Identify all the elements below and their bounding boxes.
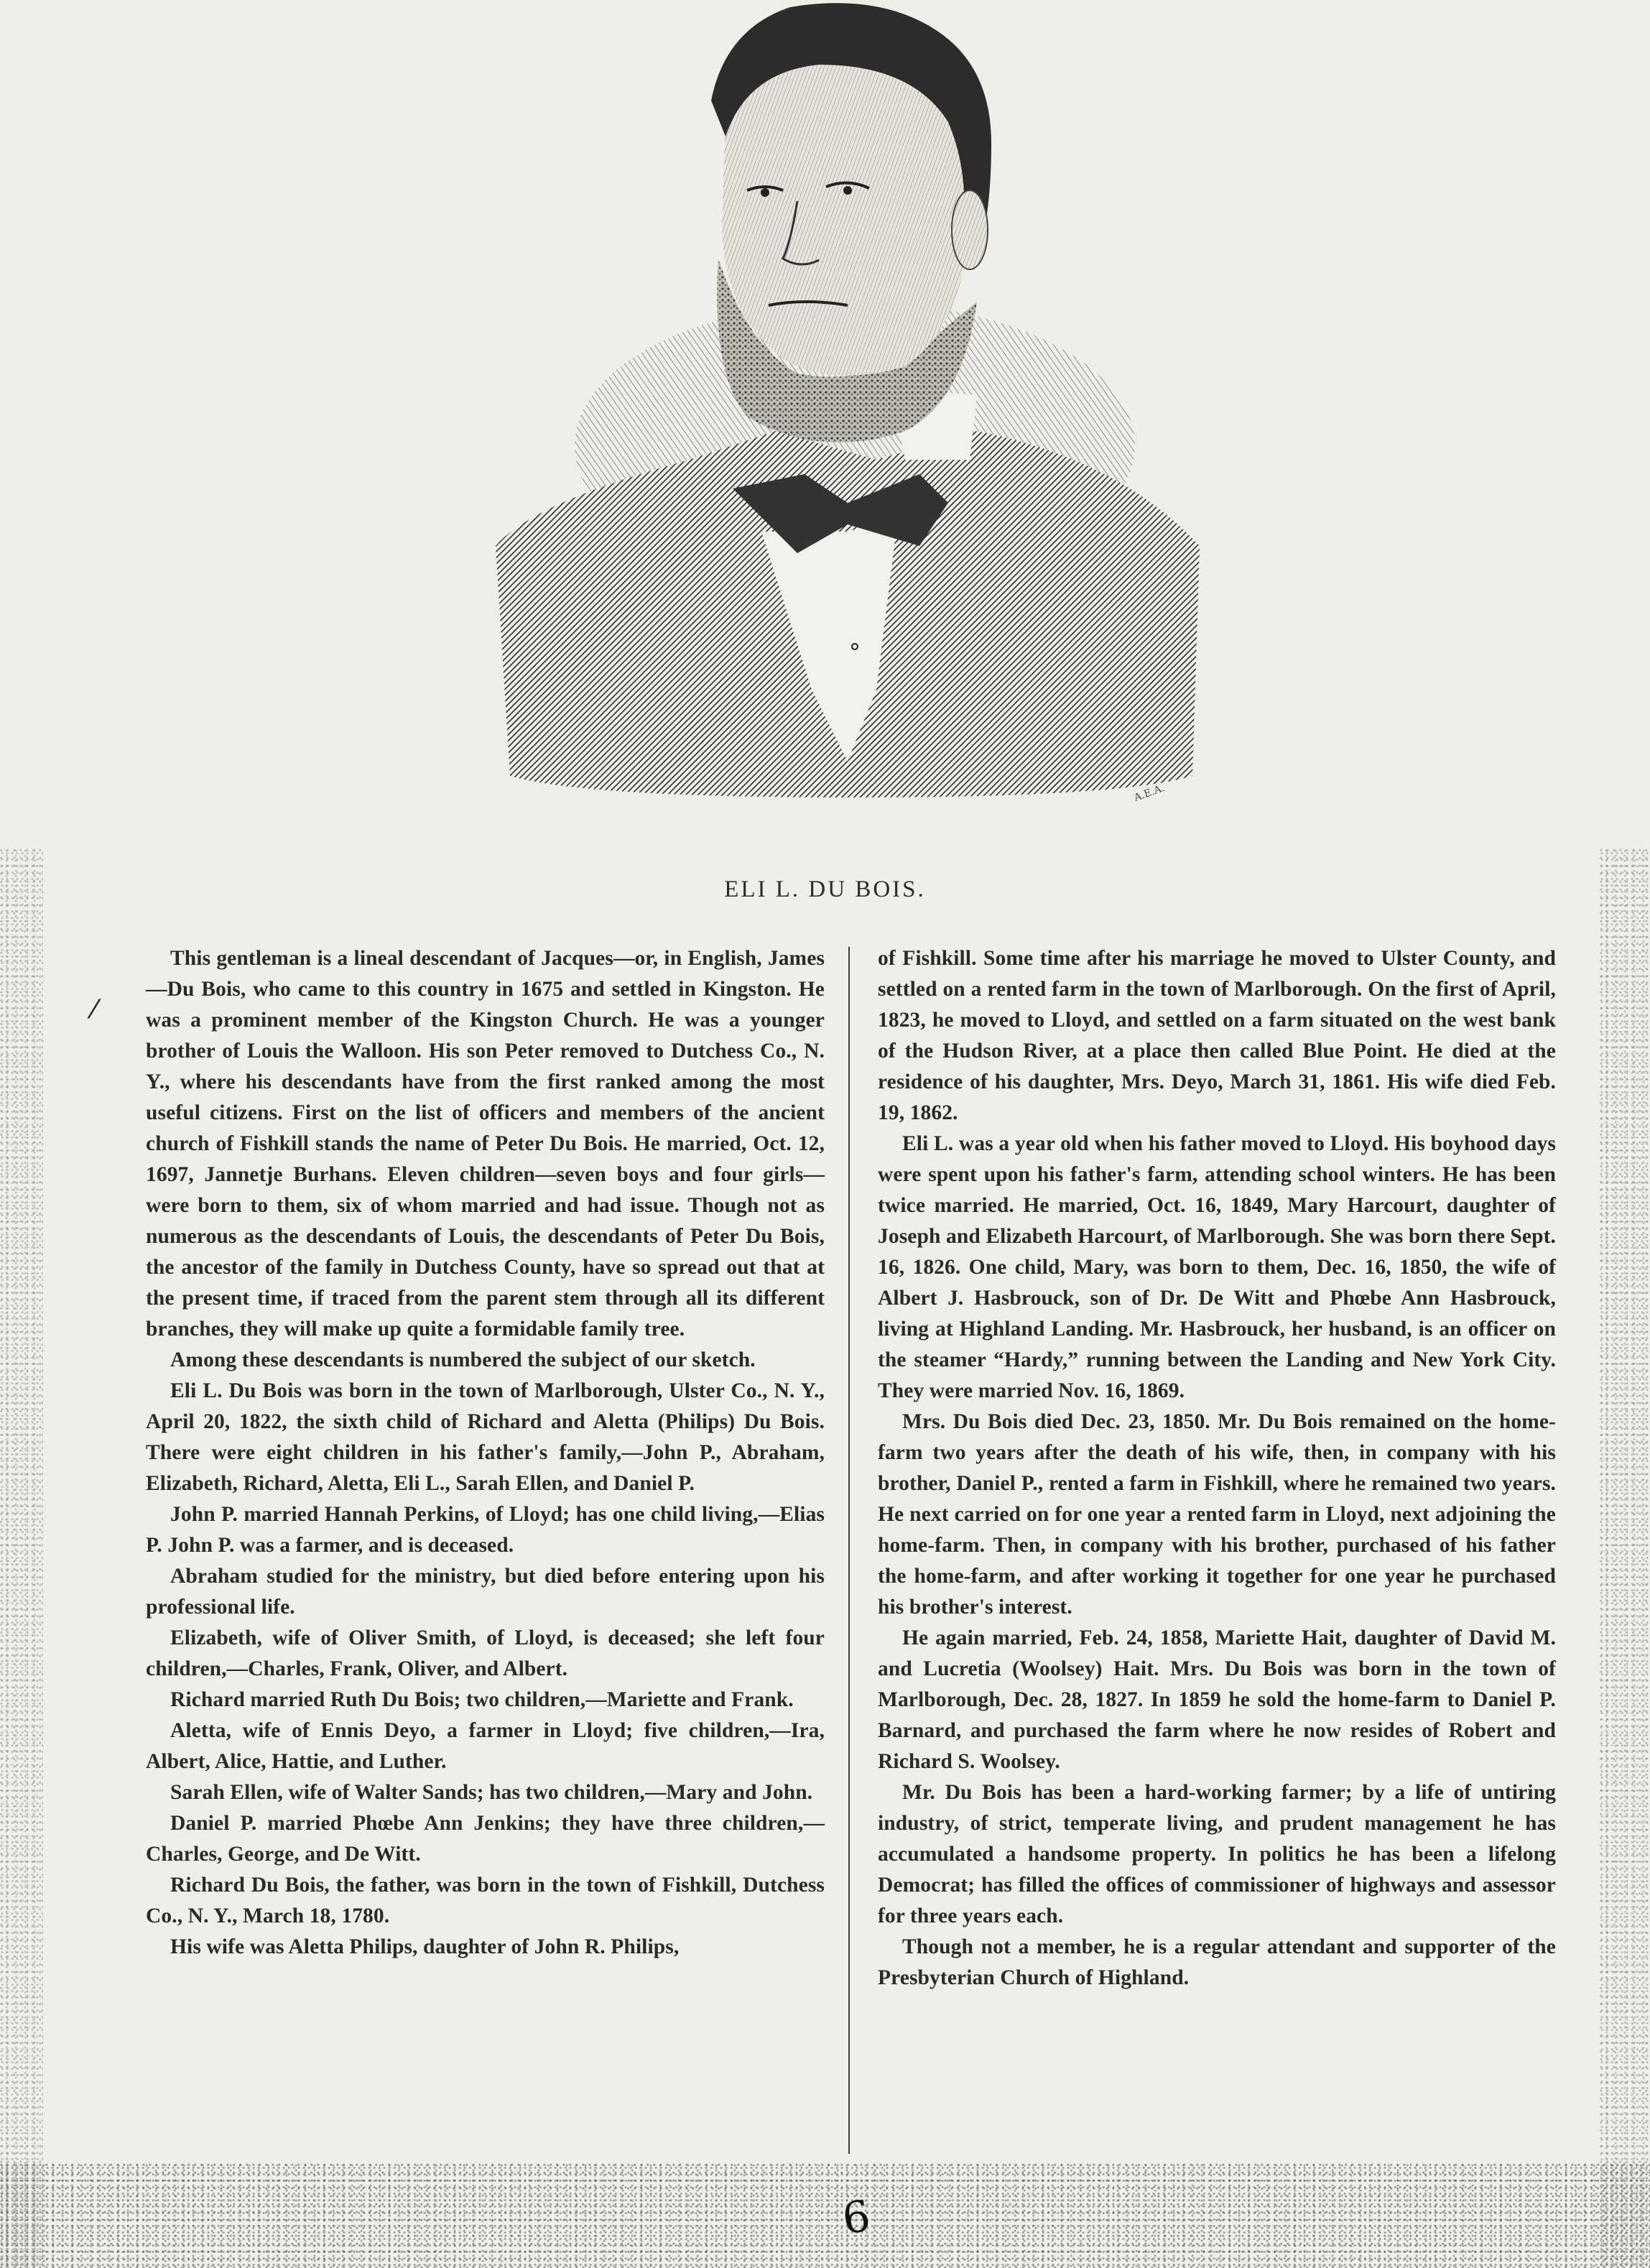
paragraph: Abraham studied for the ministry, but di… xyxy=(146,1561,825,1623)
paragraph: Richard married Ruth Du Bois; two childr… xyxy=(146,1685,825,1716)
paragraph: Richard Du Bois, the father, was born in… xyxy=(146,1870,825,1932)
paragraph: His wife was Aletta Philips, daughter of… xyxy=(146,1932,825,1963)
right-column: of Fishkill. Some time after his marriag… xyxy=(878,943,1556,1994)
paragraph: Sarah Ellen, wife of Walter Sands; has t… xyxy=(146,1777,825,1808)
margin-tick-mark: ⁄ xyxy=(92,995,96,1024)
paragraph: Eli L. Du Bois was born in the town of M… xyxy=(146,1376,825,1499)
portrait-icon xyxy=(474,0,1221,797)
paragraph: John P. married Hannah Perkins, of Lloyd… xyxy=(146,1499,825,1561)
paragraph: Among these descendants is numbered the … xyxy=(146,1345,825,1376)
column-divider xyxy=(848,947,850,2154)
paragraph: Mrs. Du Bois died Dec. 23, 1850. Mr. Du … xyxy=(878,1407,1556,1623)
page-number-mark: 6 xyxy=(839,2191,873,2245)
scan-noise-bottom xyxy=(0,2162,1650,2268)
scan-noise-right xyxy=(1600,848,1650,2268)
paragraph: Eli L. was a year old when his father mo… xyxy=(878,1129,1556,1407)
paragraph: This gentleman is a lineal descendant of… xyxy=(146,943,825,1345)
paragraph: Aletta, wife of Ennis Deyo, a farmer in … xyxy=(146,1716,825,1777)
left-column: This gentleman is a lineal descendant of… xyxy=(146,943,825,1963)
page-title: ELI L. DU BOIS. xyxy=(0,876,1650,903)
paragraph: Mr. Du Bois has been a hard-working farm… xyxy=(878,1777,1556,1932)
paragraph: Elizabeth, wife of Oliver Smith, of Lloy… xyxy=(146,1623,825,1685)
scan-noise-left xyxy=(0,848,43,2268)
paragraph: Though not a member, he is a regular att… xyxy=(878,1932,1556,1994)
paragraph-continued: of Fishkill. Some time after his marriag… xyxy=(878,943,1556,1129)
paragraph: Daniel P. married Phœbe Ann Jenkins; the… xyxy=(146,1808,825,1870)
paragraph: He again married, Feb. 24, 1858, Mariett… xyxy=(878,1623,1556,1777)
portrait-engraving xyxy=(474,0,1221,797)
